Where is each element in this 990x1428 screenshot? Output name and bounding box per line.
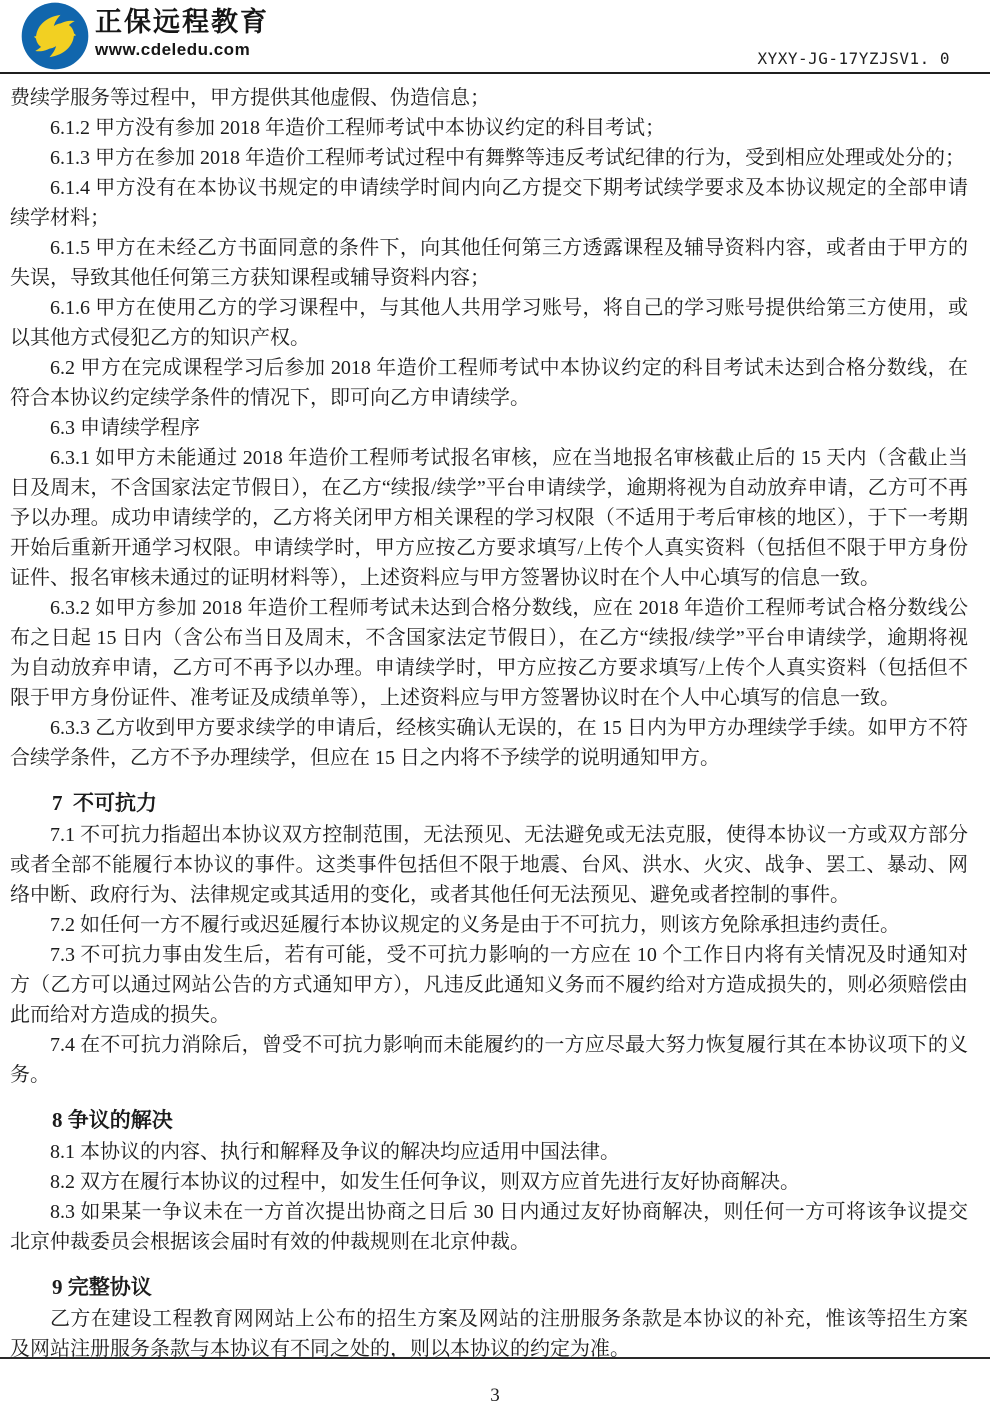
paragraph: 6.3.3 乙方收到甲方要求续学的申请后，经核实确认无误的，在 15 日内为甲方… [10, 713, 968, 773]
paragraph: 费续学服务等过程中，甲方提供其他虚假、伪造信息； [10, 83, 968, 113]
paragraph: 8.1 本协议的内容、执行和解释及争议的解决均应适用中国法律。 [10, 1137, 968, 1167]
paragraph: 7.3 不可抗力事由发生后，若有可能，受不可抗力影响的一方应在 10 个工作日内… [10, 940, 968, 1030]
brand-name: 正保远程教育 [95, 9, 269, 36]
paragraph: 6.3.2 如甲方参加 2018 年造价工程师考试未达到合格分数线，应在 201… [10, 593, 968, 713]
paragraph: 7.1 不可抗力指超出本协议双方控制范围，无法预见、无法避免或无法克服，使得本协… [10, 820, 968, 910]
footer-divider [0, 1357, 990, 1359]
section-heading: 9 完整协议 [10, 1270, 968, 1304]
paragraph: 6.1.4 甲方没有在本协议书规定的申请续学时间内向乙方提交下期考试续学要求及本… [10, 173, 968, 233]
paragraph: 6.3 申请续学程序 [10, 413, 968, 443]
paragraph: 6.3.1 如甲方未能通过 2018 年造价工程师考试报名审核，应在当地报名审核… [10, 443, 968, 593]
document-code: XYXY-JG-17YZJSV1. 0 [757, 49, 950, 68]
paragraph: 8.3 如果某一争议未在一方首次提出协商之日后 30 日内通过友好协商解决，则任… [10, 1197, 968, 1257]
paragraph: 6.1.6 甲方在使用乙方的学习课程中，与其他人共用学习账号，将自己的学习账号提… [10, 293, 968, 353]
section-heading: 7 不可抗力 [10, 786, 968, 820]
paragraph: 乙方在建设工程教育网网站上公布的招生方案及网站的注册服务条款是本协议的补充，惟该… [10, 1304, 968, 1358]
paragraph: 6.1.3 甲方在参加 2018 年造价工程师考试过程中有舞弊等违反考试纪律的行… [10, 143, 968, 173]
document-page: 正保远程教育 www.cdeledu.com XYXY-JG-17YZJSV1.… [0, 0, 990, 1428]
paragraph: 6.2 甲方在完成课程学习后参加 2018 年造价工程师考试中本协议约定的科目考… [10, 353, 968, 413]
paragraph: 7.4 在不可抗力消除后，曾受不可抗力影响而未能履约的一方应尽最大努力恢复履行其… [10, 1030, 968, 1090]
page-header: 正保远程教育 www.cdeledu.com XYXY-JG-17YZJSV1.… [0, 0, 990, 74]
cdel-logo-icon [21, 2, 89, 70]
paragraph: 6.1.2 甲方没有参加 2018 年造价工程师考试中本协议约定的科目考试； [10, 113, 968, 143]
paragraph: 6.1.5 甲方在未经乙方书面同意的条件下，向其他任何第三方透露课程及辅导资料内… [10, 233, 968, 293]
brand-block: 正保远程教育 www.cdeledu.com [95, 9, 269, 58]
paragraph: 7.2 如任何一方不履行或迟延履行本协议规定的义务是由于不可抗力，则该方免除承担… [10, 910, 968, 940]
page-number: 3 [0, 1385, 990, 1407]
brand-url: www.cdeledu.com [95, 41, 269, 58]
paragraph: 8.2 双方在履行本协议的过程中，如发生任何争议，则双方应首先进行友好协商解决。 [10, 1167, 968, 1197]
document-body: 费续学服务等过程中，甲方提供其他虚假、伪造信息；6.1.2 甲方没有参加 201… [0, 74, 990, 1358]
section-heading: 8 争议的解决 [10, 1103, 968, 1137]
